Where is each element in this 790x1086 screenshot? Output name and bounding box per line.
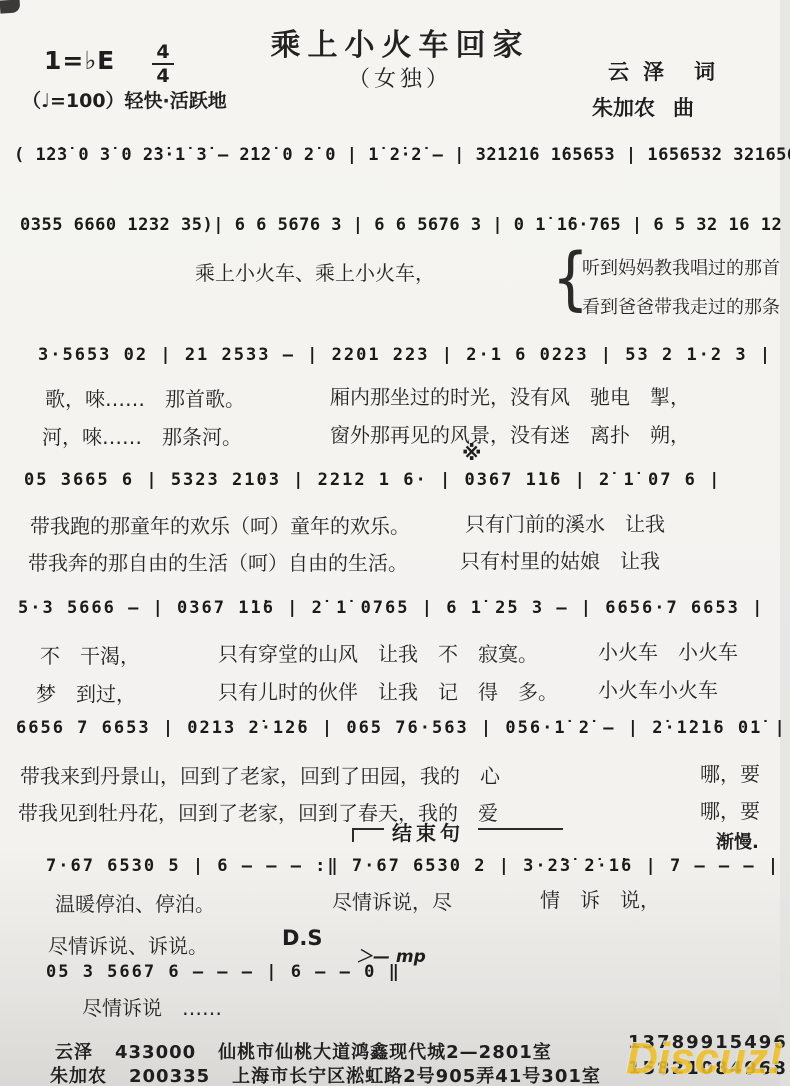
lyricist-credit: 云泽词 (608, 56, 715, 86)
notation-line-4: 05 3665 6 | 5323 2103 | 2212 1 6· | 0367… (24, 470, 721, 490)
contact-name: 朱加农 (50, 1066, 107, 1086)
lyrics-line-7-verse1-a: 温暖停泊、停泊。 (55, 888, 215, 917)
lyrics-line-4-verse1-b: 只有门前的溪水 让我 (465, 508, 665, 537)
contact-row-composer: 朱加农200335上海市长宁区淞虹路2号905弄41号301室 (50, 1062, 601, 1086)
segno-mark: ※ (462, 441, 481, 465)
contact-row-lyricist: 云泽433000仙桃市仙桃大道鸿鑫现代城2—2801室 (55, 1038, 552, 1064)
composer-role: 曲 (673, 96, 694, 120)
time-signature-top: 4 (152, 42, 174, 62)
notation-line-2: 0355 6660 1232 35)| 6 6 5676 3 | 6 6 567… (20, 215, 790, 235)
time-signature-bottom: 4 (152, 66, 174, 86)
song-subtitle: （女独） (300, 62, 500, 93)
lyrics-line-5-verse1-a: 不 干渴， (40, 640, 140, 669)
song-title: 乘上小火车回家 (250, 20, 550, 64)
lyrics-line-3-verse1-a: 歌，唻…… 那首歌。 (45, 383, 245, 412)
lyrics-line-6-verse2-b: 哪，要 (700, 795, 760, 824)
tempo-marking: （♩=100）轻快·活跃地 (22, 86, 227, 113)
dal-segno-mark: D.S (282, 926, 323, 950)
lyrics-line-7-verse2-a: 尽情诉说、诉说。 (48, 930, 208, 959)
composer-credit: 朱加农曲 (592, 92, 694, 122)
lyrics-line-4-verse2-a: 带我奔的那自由的生活（呵）自由的生活。 (28, 547, 408, 576)
lyrics-line-2-alt2: 看到爸爸带我走过的那条 (582, 293, 780, 319)
scan-artifact (0, 0, 20, 14)
lyrics-line-3-verse2-a: 河，唻…… 那条河。 (42, 421, 242, 450)
contact-address: 上海市长宁区淞虹路2号905弄41号301室 (232, 1066, 601, 1086)
key-signature: 1=♭E (44, 46, 115, 75)
lyrics-line-7-verse1-c: 情 诉 说， (540, 884, 660, 913)
lyrics-line-6-verse1-a: 带我来到丹景山，回到了老家，回到了田园，我的 心 (20, 760, 500, 789)
notation-line-7: 7·67 6530 5 | 6 — — — :‖ 7·67 6530 2 | 3… (46, 856, 780, 876)
notation-line-3: 3·5653 02 | 21 2533 — | 2201 223 | 2·1 6… (38, 345, 772, 365)
ending-section-label: 结束句 (392, 817, 464, 846)
score-page: 乘上小火车回家 （女独） 1=♭E 4 4 （♩=100）轻快·活跃地 云泽词 … (0, 0, 790, 1086)
lyrics-line-7-verse1-b: 尽情诉说，尽 (332, 886, 452, 915)
ending-bracket-line-right (478, 828, 563, 830)
lyrics-line-5-verse2-a: 梦 到过， (36, 678, 136, 707)
contact-name: 云泽 (55, 1042, 93, 1063)
lyrics-line-5-verse2-b: 只有儿时的伙伴 让我 记 得 多。 (218, 676, 558, 705)
lyrics-line-4-verse2-b: 只有村里的姑娘 让我 (460, 545, 660, 574)
ritardando-mark: 渐慢. (716, 828, 759, 854)
contact-postcode: 433000 (115, 1042, 196, 1063)
ending-bracket-line-left (352, 828, 384, 830)
contact-postcode: 200335 (129, 1066, 210, 1086)
lyrics-line-2-alt1: 听到妈妈教我唱过的那首 (582, 254, 780, 280)
lyrics-line-5-verse1-b: 只有穿堂的山风 让我 不 寂寞。 (218, 638, 538, 667)
lyricist-role: 词 (694, 60, 715, 84)
lyrics-line-3-verse2-b: 窗外那再见的风景，没有迷 离扑 朔， (330, 419, 690, 448)
lyrics-line-5-verse2-c: 小火车小火车 (598, 674, 718, 703)
lyrics-line-8: 尽情诉说 …… (82, 992, 222, 1021)
discuz-watermark: Discuz! (626, 1034, 782, 1084)
notation-line-1: ( 1̇2̇3̇ 0 3̇ 0 2̇3̇·1̇ 3̇ — 2̇1̇2̇ 0 2̇… (14, 145, 790, 165)
composer-name: 朱加农 (592, 96, 655, 120)
contact-address: 仙桃市仙桃大道鸿鑫现代城2—2801室 (218, 1042, 552, 1063)
ending-bracket-corner (352, 828, 354, 842)
lyrics-line-5-verse1-c: 小火车 小火车 (598, 636, 738, 665)
lyrics-line-2-main: 乘上小火车、乘上小火车， (195, 257, 435, 286)
time-signature: 4 4 (152, 42, 174, 86)
notation-line-5: 5·3 5666 — | 0367 1̇1̇6 | 2̇ 1̇ 0765 | 6… (18, 598, 764, 618)
lyrics-line-3-verse1-b: 厢内那坐过的时光，没有风 驰电 掣， (330, 381, 690, 410)
lyricist-name: 云泽 (608, 60, 678, 84)
notation-line-8: 05 3 5667 6 — — — | 6 — — 0 ‖ (46, 962, 401, 982)
lyrics-line-4-verse1-a: 带我跑的那童年的欢乐（呵）童年的欢乐。 (30, 510, 410, 539)
lyrics-line-6-verse1-b: 哪，要 (700, 758, 760, 787)
notation-line-6: 6656 7 6653 | 0213 2̇·1̇2̇6 | 065 76·563… (16, 718, 787, 738)
